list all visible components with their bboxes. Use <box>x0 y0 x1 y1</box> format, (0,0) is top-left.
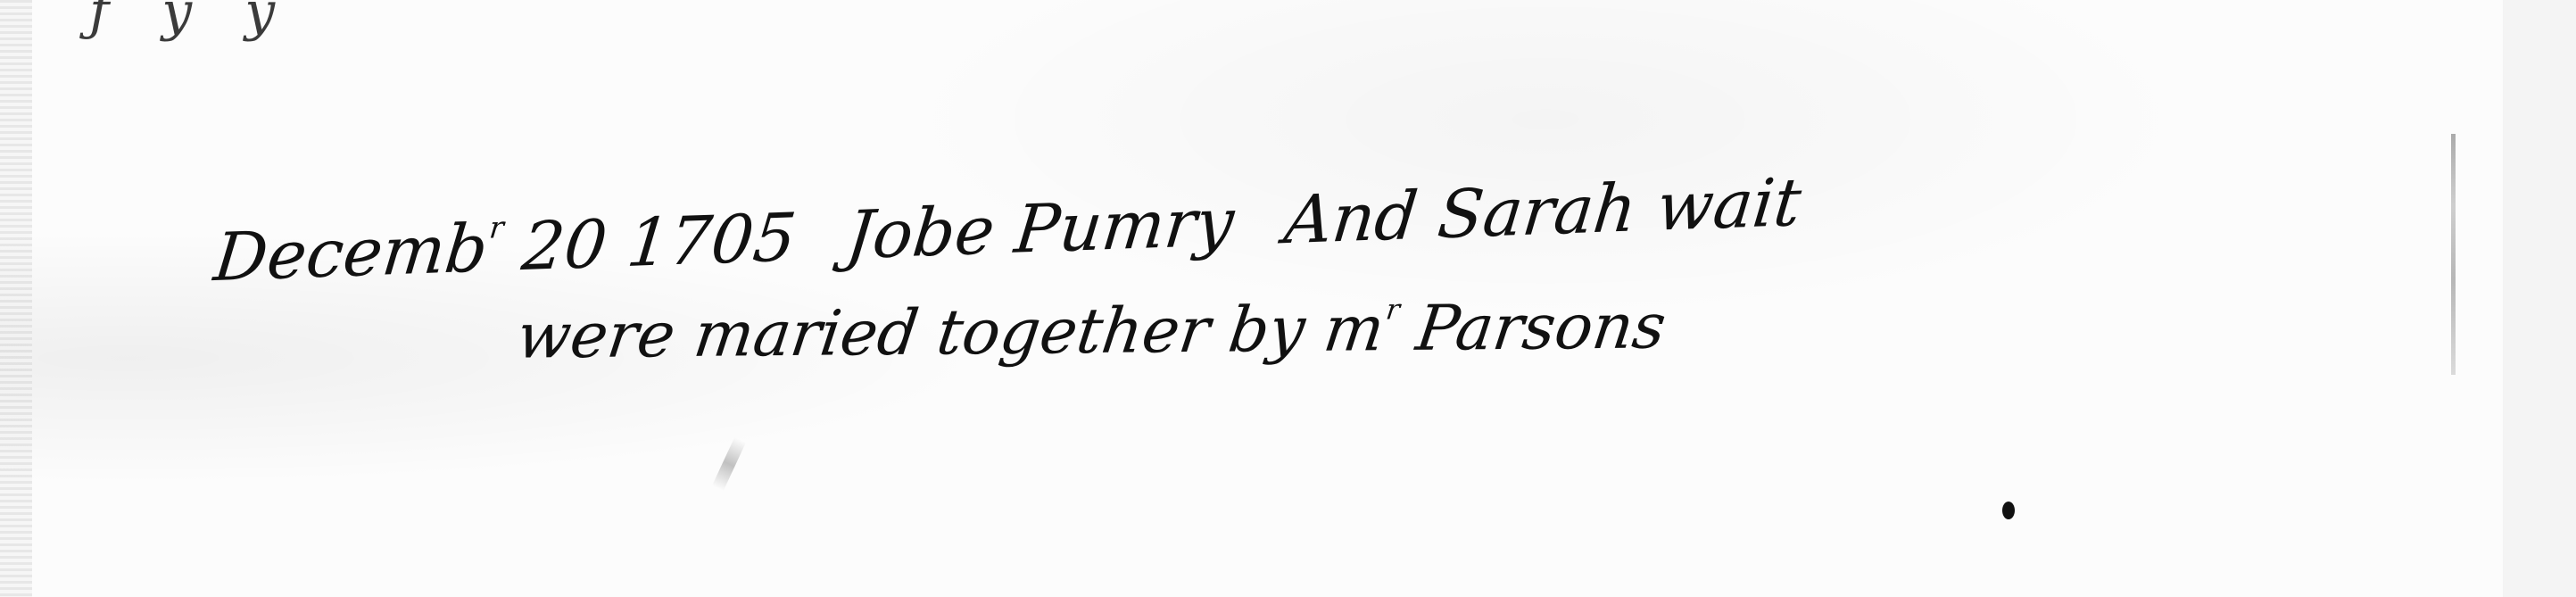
ink-blot <box>2002 502 2015 519</box>
month-superscript: r <box>488 210 506 245</box>
scanned-register-page: ƒ y y Decembr 20 1705 Jobe Pumry And Sar… <box>0 0 2576 597</box>
previous-entry-fragment: ƒ y y <box>89 0 293 43</box>
entry-year: 1705 <box>624 199 799 282</box>
entry-line-2: were maried together by mr Parsons <box>513 289 1670 372</box>
entry-date: Decembr 20 1705 <box>211 199 799 296</box>
entry-month: Decemb <box>211 210 492 296</box>
margin-rule-line <box>2451 134 2456 375</box>
page-binding-edge <box>0 0 32 597</box>
right-margin <box>2503 0 2576 597</box>
officiant-name: Parsons <box>1412 289 1670 365</box>
title-superscript: r <box>1384 294 1402 326</box>
marriage-statement: were maried together by <box>513 293 1310 373</box>
groom-name: Jobe Pumry <box>842 184 1238 275</box>
ink-smudge <box>712 437 746 491</box>
officiant-title: mr <box>1320 292 1402 366</box>
entry-line-1: Decembr 20 1705 Jobe Pumry And Sarah wai… <box>211 164 1805 296</box>
bride-name: Sarah wait <box>1434 164 1804 254</box>
entry-day: 20 <box>518 206 610 286</box>
conjunction: And <box>1280 178 1421 260</box>
